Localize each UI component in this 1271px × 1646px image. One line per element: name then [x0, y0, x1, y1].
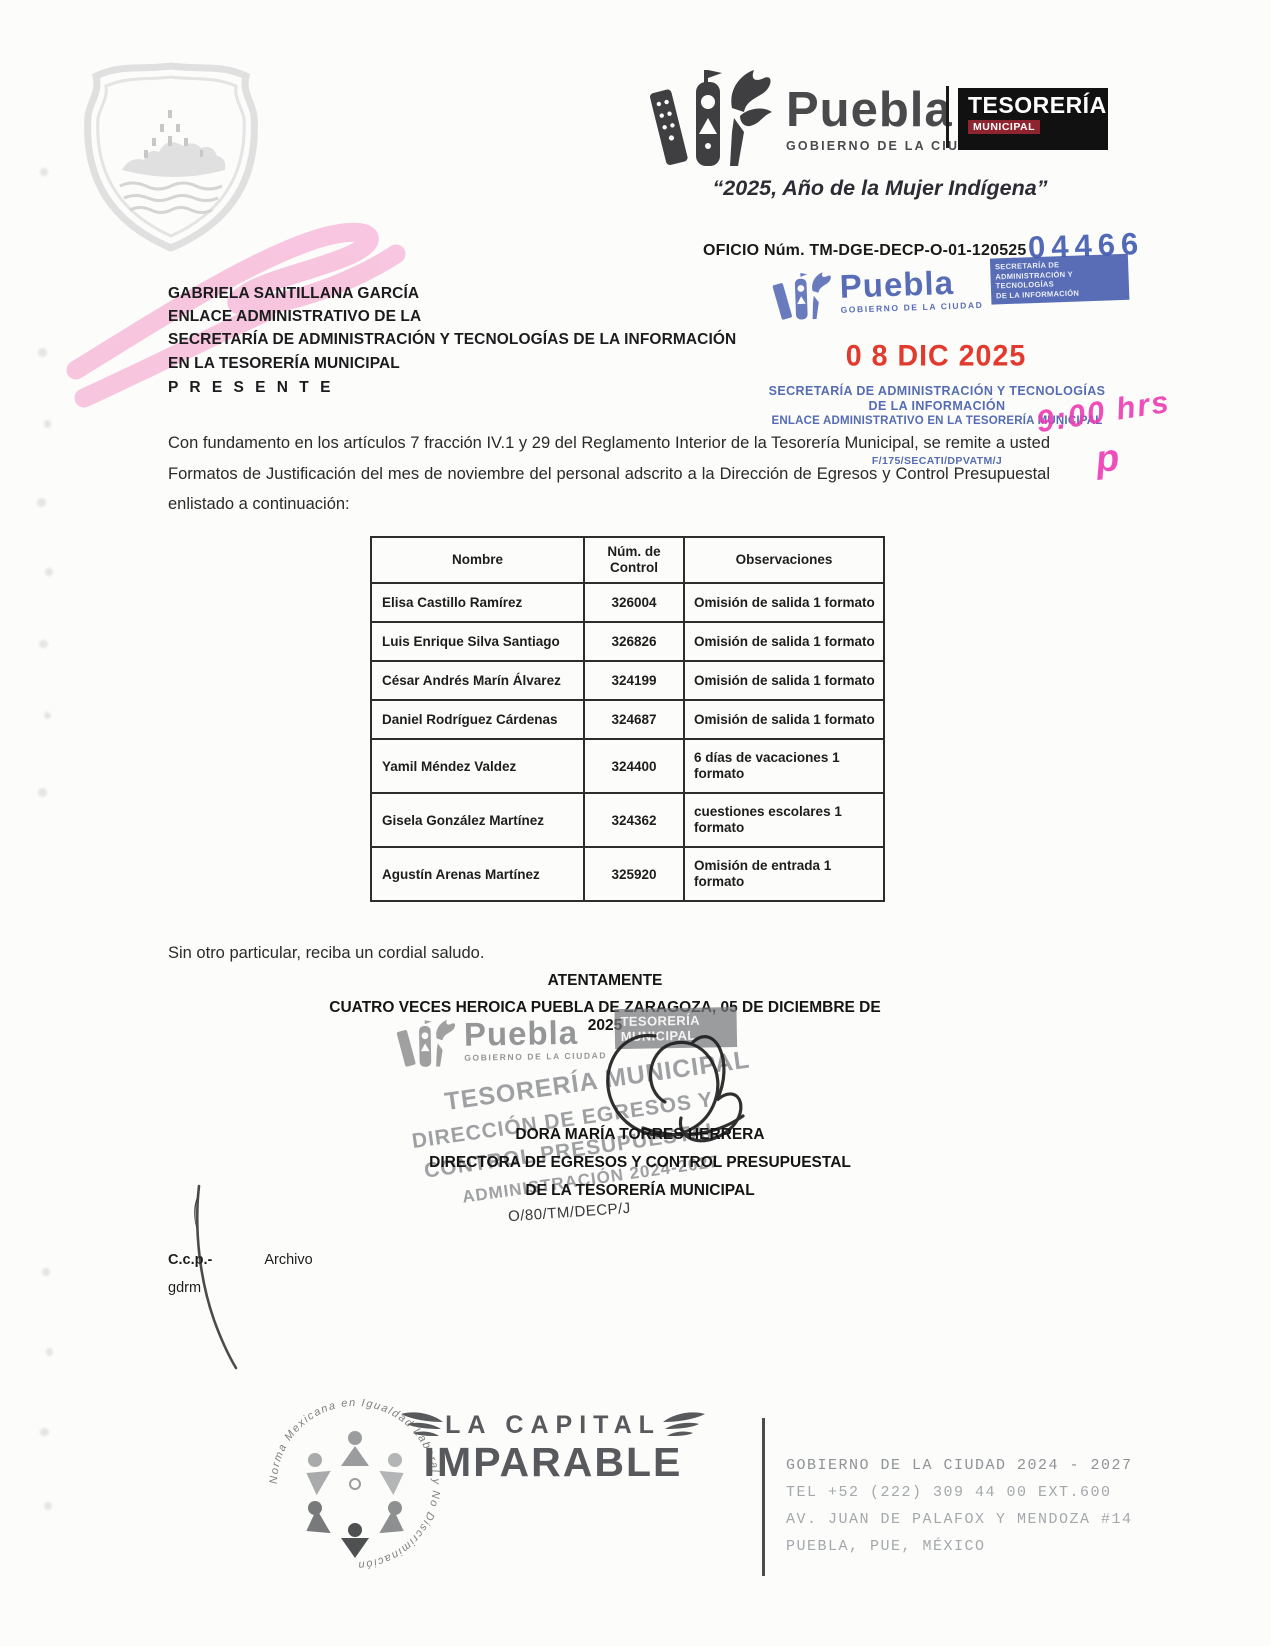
ccp-line: C.c.p.-Archivo — [168, 1252, 313, 1268]
blue-receipt-logo-stamp: Puebla GOBIERNO DE LA CIUDAD SECRETARÍA … — [771, 252, 1130, 330]
farewell-line: Sin otro particular, reciba un cordial s… — [168, 944, 484, 963]
campaign-line1: LA CAPITAL — [445, 1411, 661, 1440]
cell-obs: Omisión de salida 1 formato — [684, 583, 884, 622]
scanned-letter-page: Puebla GOBIERNO DE LA CIUDAD TESORERÍA M… — [0, 0, 1271, 1646]
cell-control: 324400 — [584, 739, 684, 793]
ccp-label: C.c.p.- — [168, 1252, 212, 1268]
justification-table: Nombre Núm. de Control Observaciones Eli… — [370, 536, 885, 902]
recipient-title-1: ENLACE ADMINISTRATIVO DE LA — [168, 305, 736, 328]
cell-name: Daniel Rodríguez Cárdenas — [371, 700, 584, 739]
col-header-control-l2: Control — [589, 560, 679, 576]
stamp-brand: Puebla — [464, 1015, 607, 1050]
table-row: Agustín Arenas Martínez 325920 Omisión d… — [371, 847, 884, 901]
badge-line2: MUNICIPAL — [968, 120, 1040, 134]
ccp-value: Archivo — [264, 1252, 312, 1268]
cell-obs: Omisión de salida 1 formato — [684, 622, 884, 661]
footer-divider — [762, 1418, 765, 1576]
campaign-line2: IMPARABLE — [398, 1442, 708, 1483]
badge-line1: TESORERÍA — [968, 94, 1100, 117]
scan-artifact — [42, 1268, 50, 1276]
cell-obs: 6 días de vacaciones 1 formato — [684, 739, 884, 793]
wing-right-icon — [661, 1408, 707, 1442]
cell-obs: cuestiones escolares 1 formato — [684, 793, 884, 847]
puebla-skyline-icon-gray — [395, 1010, 458, 1077]
scan-artifact — [44, 1502, 52, 1510]
recipient-title-2: SECRETARÍA DE ADMINISTRACIÓN Y TECNOLOGÍ… — [168, 328, 736, 351]
stamp-brand: Puebla — [839, 265, 983, 303]
scan-artifact — [45, 568, 53, 576]
receipt-line1: SECRETARÍA DE ADMINISTRACIÓN Y TECNOLOGÍ… — [752, 384, 1122, 399]
table-row: Elisa Castillo Ramírez 326004 Omisión de… — [371, 583, 884, 622]
cell-control: 324362 — [584, 793, 684, 847]
footer-line4: PUEBLA, PUE, MÉXICO — [786, 1533, 1133, 1560]
table-row: Luis Enrique Silva Santiago 326826 Omisi… — [371, 622, 884, 661]
col-header-control-l1: Núm. de — [589, 544, 679, 560]
pen-stroke — [170, 1170, 280, 1380]
col-header-nombre: Nombre — [371, 537, 584, 583]
footer-line1: GOBIERNO DE LA CIUDAD 2024 - 2027 — [786, 1452, 1133, 1479]
scan-artifact — [46, 1348, 53, 1356]
stamp-secretaria-box: SECRETARÍA DE ADMINISTRACIÓN Y TECNOLOGÍ… — [990, 254, 1130, 305]
puebla-skyline-icon — [648, 68, 776, 168]
signer-name: DORA MARÍA TORRES HERRERA — [380, 1126, 900, 1144]
table-row: Daniel Rodríguez Cárdenas 324687 Omisión… — [371, 700, 884, 739]
year-slogan: “2025, Año de la Mujer Indígena” — [640, 176, 1120, 201]
scan-artifact — [38, 788, 47, 797]
cell-name: Gisela González Martínez — [371, 793, 584, 847]
scan-artifact — [40, 1428, 49, 1436]
cell-control: 324687 — [584, 700, 684, 739]
cell-obs: Omisión de salida 1 formato — [684, 700, 884, 739]
footer-address-block: GOBIERNO DE LA CIUDAD 2024 - 2027 TEL +5… — [786, 1452, 1133, 1560]
col-header-control: Núm. de Control — [584, 537, 684, 583]
stamp-tesoreria-box: TESORERÍA MUNICIPAL — [614, 1007, 737, 1049]
col-header-observaciones: Observaciones — [684, 537, 884, 583]
table-row: Yamil Méndez Valdez 324400 6 días de vac… — [371, 739, 884, 793]
table-row: César Andrés Marín Álvarez 324199 Omisió… — [371, 661, 884, 700]
recipient-title-3: EN LA TESORERÍA MUNICIPAL — [168, 352, 736, 375]
signer-role-line2: DE LA TESORERÍA MUNICIPAL — [380, 1182, 900, 1200]
cell-name: Yamil Méndez Valdez — [371, 739, 584, 793]
tesoreria-badge: TESORERÍA MUNICIPAL — [958, 88, 1108, 150]
cell-name: César Andrés Marín Álvarez — [371, 661, 584, 700]
header-divider — [946, 86, 949, 148]
cell-control: 326826 — [584, 622, 684, 661]
cell-name: Elisa Castillo Ramírez — [371, 583, 584, 622]
cell-obs: Omisión de entrada 1 formato — [684, 847, 884, 901]
scan-artifact — [38, 348, 47, 357]
cell-obs: Omisión de salida 1 formato — [684, 661, 884, 700]
seal-figures — [299, 1431, 410, 1558]
table-header-row: Nombre Núm. de Control Observaciones — [371, 537, 884, 583]
wing-left-icon — [399, 1408, 445, 1442]
cell-control: 326004 — [584, 583, 684, 622]
signer-role-line1: DIRECTORA DE EGRESOS Y CONTROL PRESUPUES… — [340, 1154, 940, 1172]
attentively-label: ATENTAMENTE — [340, 972, 870, 990]
scan-artifact — [39, 640, 48, 648]
body-paragraph: Con fundamento en los artículos 7 fracci… — [168, 428, 1050, 520]
scan-artifact — [44, 420, 51, 428]
cell-control: 325920 — [584, 847, 684, 901]
received-date-stamp: 0 8 DIC 2025 — [844, 339, 1028, 373]
scan-artifact — [37, 498, 46, 507]
recipient-name: GABRIELA SANTILLANA GARCÍA — [168, 282, 736, 305]
stamp-badge-line2: MUNICIPAL — [621, 1027, 731, 1044]
cell-control: 324199 — [584, 661, 684, 700]
cell-name: Agustín Arenas Martínez — [371, 847, 584, 901]
scan-artifact — [40, 168, 48, 176]
table-row: Gisela González Martínez 324362 cuestion… — [371, 793, 884, 847]
presente-label: P R E S E N T E — [168, 376, 736, 399]
typist-initials: gdrm — [168, 1280, 201, 1296]
header-logo: Puebla GOBIERNO DE LA CIUDAD — [648, 68, 993, 168]
reference-code: O/80/TM/DECP/J — [508, 1200, 632, 1226]
footer-line2: TEL +52 (222) 309 44 00 EXT.600 — [786, 1479, 1133, 1506]
cell-name: Luis Enrique Silva Santiago — [371, 622, 584, 661]
la-capital-imparable-logo: LA CAPITAL IMPARABLE — [398, 1408, 708, 1483]
recipient-block: GABRIELA SANTILLANA GARCÍA ENLACE ADMINI… — [168, 282, 736, 399]
footer-line3: AV. JUAN DE PALAFOX Y MENDOZA #14 — [786, 1506, 1133, 1533]
scan-artifact — [44, 712, 51, 719]
puebla-skyline-icon-blue — [771, 262, 835, 330]
handwritten-initial: p — [1094, 437, 1122, 482]
stamp-brand-sub: GOBIERNO DE LA CIUDAD — [464, 1050, 607, 1062]
